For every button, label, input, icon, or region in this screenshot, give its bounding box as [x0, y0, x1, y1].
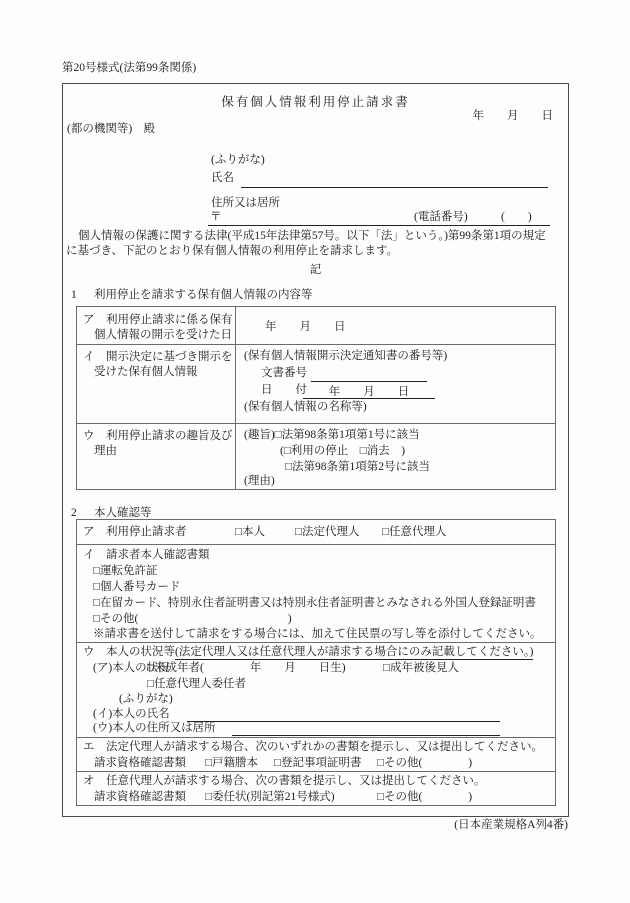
requester-option-voluntary-rep: □任意代理人	[382, 525, 446, 539]
section2-row-divider-1	[77, 544, 555, 545]
intro-ki: 記	[63, 263, 568, 277]
section2-row-divider-3	[77, 737, 555, 738]
row-i-date-label: 日 付	[261, 383, 307, 397]
row-u-label-line1: ウ 利用停止請求の趣旨及び	[83, 429, 233, 443]
voluntary-rep-doc-other: □その他( )	[377, 790, 472, 804]
section1-table: ア 利用停止請求に係る保有 個人情報の開示を受けた日 年 月 日 イ 開示決定に…	[76, 306, 556, 490]
form-outer-box: 保有個人情報利用停止請求書 年 月 日 (都の機関等) 殿 (ふりがな) 氏名 …	[62, 83, 569, 817]
principal-name-label: (イ)本人の氏名	[93, 707, 170, 721]
voluntary-rep-docs-label: 請求資格確認書類	[94, 790, 186, 804]
id-doc-my-number-card: □個人番号カード	[93, 580, 180, 594]
id-docs-note: ※請求書を送付して請求をする場合には、加えて住民票の写し等を添付してください。	[93, 627, 542, 641]
legal-rep-docs-label: 請求資格確認書類	[94, 756, 186, 770]
row-i-caption-notice: (保有個人情報開示決定通知書の番号等)	[244, 349, 447, 363]
row-u-purpose-line2: (□利用の停止 □消去 )	[280, 444, 405, 458]
section2-table: ア 利用停止請求者 □本人 □法定代理人 □任意代理人 イ 請求者本人確認書類 …	[76, 519, 556, 806]
section1-row-divider-2	[77, 423, 555, 424]
row-i-label-line1: イ 開示決定に基づき開示を	[83, 350, 233, 364]
principal-address-label: (ウ)本人の住所又は居所	[93, 721, 216, 735]
voluntary-rep-doc-poa: □委任状(別記第21号様式)	[205, 790, 335, 804]
row-i-label-line2: 受けた保有個人情報	[94, 365, 198, 379]
id-doc-drivers-license: □運転免許証	[93, 564, 157, 578]
principal-address-fill	[232, 720, 500, 736]
legal-rep-doc-other: □その他( )	[377, 756, 472, 770]
name-fill-line	[241, 172, 548, 188]
row-u-purpose-line1: (趣旨)□法第98条第1項第1号に該当	[244, 428, 420, 442]
legal-rep-doc-registry: □登記事項証明書	[274, 756, 361, 770]
section2-row-divider-4	[77, 771, 555, 772]
principal-status-heading-note: (法定代理人又は任意代理人が請求する場合にのみ記載してください。)	[175, 646, 533, 660]
row-a-label-line2: 個人情報の開示を受けた日	[94, 328, 232, 342]
form-page: 第20号様式(法第99条関係) 保有個人情報利用停止請求書 年 月 日 (都の機…	[0, 0, 630, 903]
principal-status-heading: ウ 本人の状況等(法定代理人又は任意代理人が請求する場合にのみ記載してください。…	[83, 645, 533, 659]
section2-row-divider-2	[77, 642, 555, 643]
furigana-label: (ふりがな)	[211, 153, 265, 167]
date-line: 年 月 日	[473, 109, 554, 123]
row-u-reason-label: (理由)	[244, 474, 275, 488]
status-option-delegator: □任意代理人委任者	[147, 677, 246, 691]
paper-spec-note: (日本産業規格A列4番)	[454, 818, 568, 832]
status-option-adult-ward: □成年被後見人	[383, 661, 459, 675]
row-u-purpose-line3: □法第98条第1項第2号に該当	[285, 460, 430, 474]
requester-option-legal-rep: □法定代理人	[295, 525, 359, 539]
requester-label: ア 利用停止請求者	[83, 525, 187, 539]
phone-label: (電話番号)	[414, 210, 468, 224]
principal-furigana-label: (ふりがな)	[119, 692, 173, 706]
row-i-doc-number-fill	[311, 366, 427, 382]
section1-row-divider-1	[77, 344, 555, 345]
form-number: 第20号様式(法第99条関係)	[62, 61, 196, 75]
row-i-date-fill: 年 月 日	[303, 383, 435, 399]
section1-column-divider	[235, 307, 236, 489]
postal-mark: 〒	[210, 210, 222, 224]
addressee: (都の機関等) 殿	[67, 122, 155, 136]
phone-blank: ( )	[501, 210, 532, 224]
requester-option-self: □本人	[235, 525, 265, 539]
principal-status-heading-label: ウ 本人の状況等	[83, 646, 175, 658]
status-option-minor: □未成年者( 年 月 日生)	[147, 661, 346, 675]
row-a-date-value: 年 月 日	[265, 320, 346, 334]
address-label: 住所又は居所	[211, 196, 280, 210]
row-i-doc-number-label: 文書番号	[261, 366, 307, 380]
legal-rep-instruction: エ 法定代理人が請求する場合、次のいずれかの書類を提示し、又は提出してください。	[83, 740, 543, 754]
intro-line-2: に基づき、下記のとおり保有個人情報の利用停止を請求します。	[66, 244, 398, 258]
name-label: 氏名	[211, 171, 234, 185]
row-u-label-line2: 理由	[94, 444, 117, 458]
row-i-caption-name: (保有個人情報の名称等)	[244, 400, 367, 414]
address-fill-line	[208, 210, 550, 226]
legal-rep-doc-koseki: □戸籍謄本	[205, 756, 258, 770]
intro-line-1: 個人情報の保護に関する法律(平成15年法律第57号。以下「法」という。)第99条…	[78, 229, 546, 243]
id-doc-other: □その他( )	[93, 612, 292, 626]
section1-number: 1	[71, 288, 77, 302]
section1-title: 利用停止を請求する保有個人情報の内容等	[94, 288, 313, 302]
id-doc-residence-card: □在留カード、特別永住者証明書又は特別永住者証明書とみなされる外国人登録証明書	[93, 596, 536, 610]
id-docs-label: イ 請求者本人確認書類	[83, 548, 210, 562]
voluntary-rep-instruction: オ 任意代理人が請求する場合、次の書類を提示し、又は提出してください。	[83, 774, 486, 788]
row-a-label-line1: ア 利用停止請求に係る保有	[83, 313, 233, 327]
